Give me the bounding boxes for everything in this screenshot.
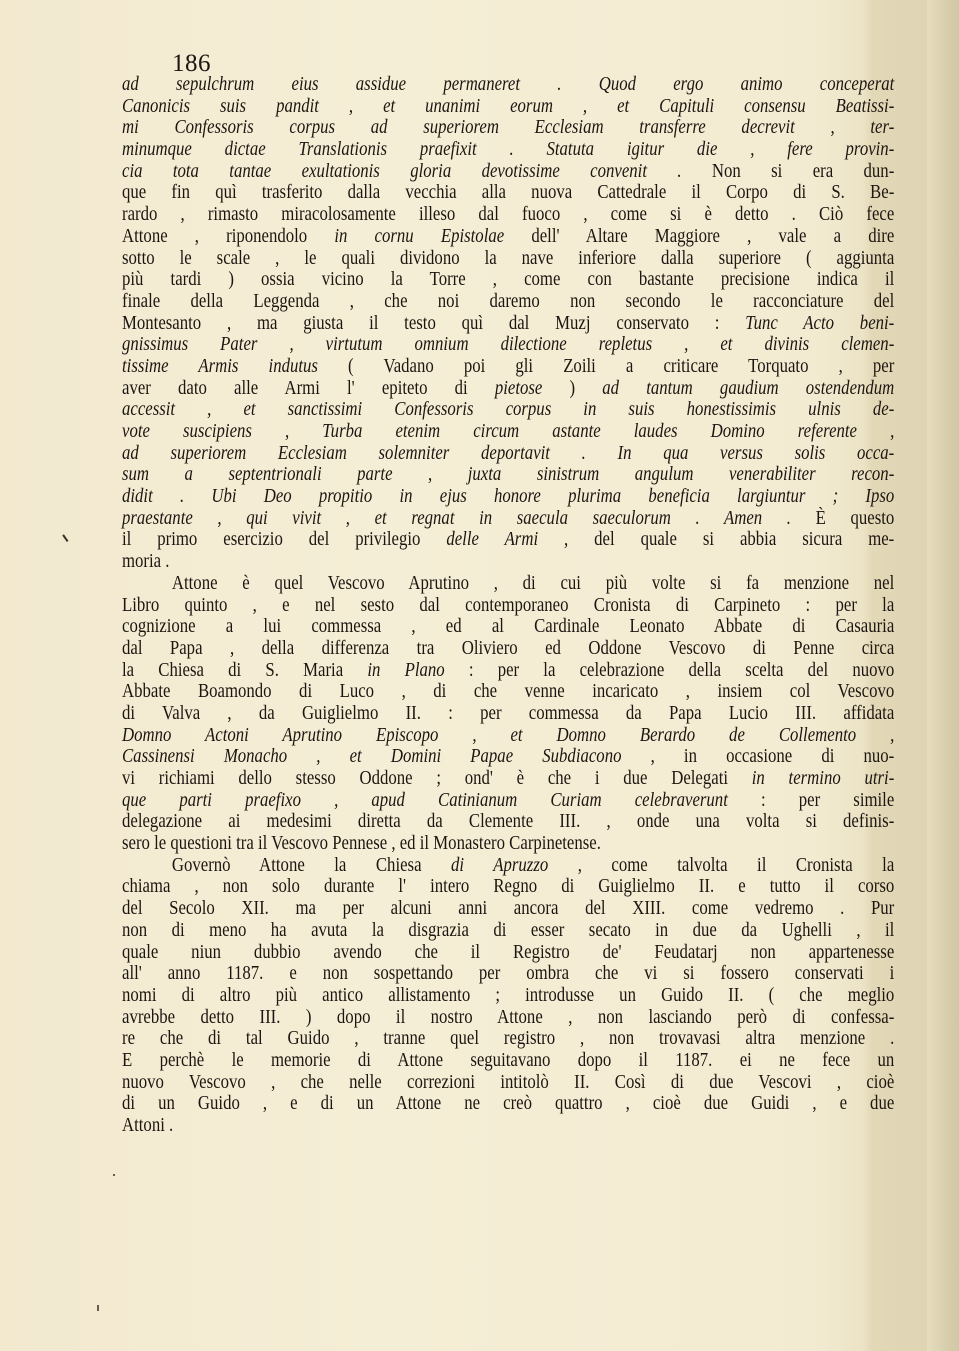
italic-latin-text: pietose	[495, 378, 543, 399]
italic-latin-text: accessit , et sanctissimi Confessoris co…	[122, 399, 894, 420]
roman-text: E perchè le memorie di Attone seguitavan…	[122, 1050, 894, 1071]
italic-latin-text: delle Armi	[446, 529, 538, 550]
text-line: Attoni .	[122, 1115, 894, 1137]
text-line: que parti praefixo , apud Catinianum Cur…	[122, 790, 894, 812]
text-line: rardo , rimasto miracolosamente illeso d…	[122, 204, 894, 226]
italic-latin-text: que parti praefixo , apud Catinianum Cur…	[122, 790, 761, 811]
roman-text: Libro quinto , e nel sesto dal contempor…	[122, 595, 894, 616]
roman-text: dell' Altare Maggiore , vale a dire	[531, 226, 894, 247]
italic-latin-text: didit . Ubi Deo propitio in ejus honore …	[122, 486, 894, 507]
roman-text: finale della Leggenda , che noi daremo n…	[122, 291, 894, 312]
text-line: que fin quì trasferito dalla vecchia all…	[122, 182, 894, 204]
italic-latin-text: ad superiorem Ecclesiam solemniter depor…	[122, 443, 894, 464]
roman-text: )	[542, 378, 602, 399]
italic-latin-text: praestante , qui vivit , et regnat in sa…	[122, 508, 816, 529]
roman-text: dal Papa , della differenza tra Oliviero…	[122, 638, 894, 659]
italic-latin-text: tissime Armis indutus	[122, 356, 348, 377]
text-line: ad superiorem Ecclesiam solemniter depor…	[122, 443, 894, 465]
paragraph-start-line: Governò Attone la Chiesa di Apruzzo , co…	[122, 855, 894, 877]
roman-text: non di meno ha avuta la disgrazia di ess…	[122, 920, 894, 941]
text-line: minumque dictae Translationis praefixit …	[122, 139, 894, 161]
text-line: Libro quinto , e nel sesto dal contempor…	[122, 595, 894, 617]
text-line: ad sepulchrum eius assidue permaneret . …	[122, 74, 894, 96]
roman-text: re che di tal Guido , tranne quel regist…	[122, 1028, 894, 1049]
roman-text: all' anno 1187. e non sospettando per om…	[122, 963, 894, 984]
text-line: sum a septentrionali parte , juxta sinis…	[122, 464, 894, 486]
text-line: praestante , qui vivit , et regnat in sa…	[122, 508, 894, 530]
roman-text: rardo , rimasto miracolosamente illeso d…	[122, 204, 894, 225]
text-line: vote suscipiens , Turba etenim circum as…	[122, 421, 894, 443]
text-line: all' anno 1187. e non sospettando per om…	[122, 963, 894, 985]
text-line: più tardi ) ossia vicino la Torre , come…	[122, 269, 894, 291]
text-line: moria .	[122, 551, 894, 573]
text-line: gnissimus Pater , virtutum omnium dilect…	[122, 334, 894, 356]
roman-text: del Secolo XII. ma per alcuni anni ancor…	[122, 898, 894, 919]
text-line: chiama , non solo durante l' intero Regn…	[122, 876, 894, 898]
text-line: sero le questioni tra il Vescovo Pennese…	[122, 833, 894, 855]
roman-text: il primo esercizio del privilegio	[122, 529, 446, 550]
roman-text: , come talvolta il Cronista la	[548, 855, 894, 876]
text-line: delegazione ai medesimi diretta da Cleme…	[122, 811, 894, 833]
roman-text: , in occasione di nuo-	[621, 746, 894, 767]
text-line: accessit , et sanctissimi Confessoris co…	[122, 399, 894, 421]
italic-latin-text: gnissimus Pater , virtutum omnium dilect…	[122, 334, 894, 355]
roman-text: nuovo Vescovo , che nelle correzioni int…	[122, 1072, 894, 1093]
roman-text: sotto le scale , le quali dividono la na…	[122, 248, 894, 269]
text-line: tissime Armis indutus ( Vadano poi gli Z…	[122, 356, 894, 378]
roman-text: que fin quì trasferito dalla vecchia all…	[122, 182, 894, 203]
roman-text: sero le questioni tra il Vescovo Pennese…	[122, 833, 601, 854]
italic-latin-text: in termino utri-	[752, 768, 895, 789]
text-line: Montesanto , ma giusta il testo quì dal …	[122, 313, 894, 335]
roman-text: : per la celebrazione della scelta del n…	[445, 660, 895, 681]
roman-text: più tardi ) ossia vicino la Torre , come…	[122, 269, 894, 290]
paragraph-start-line: Attone è quel Vescovo Aprutino , di cui …	[122, 573, 894, 595]
text-line: mi Confessoris corpus ad superiorem Eccl…	[122, 117, 894, 139]
book-page: 186 ad sepulchrum eius assidue permanere…	[0, 0, 959, 1351]
roman-text: Non si era dun-	[712, 161, 894, 182]
italic-latin-text: in Plano	[367, 660, 444, 681]
text-line: avrebbe detto III. ) dopo il nostro Atto…	[122, 1007, 894, 1029]
text-line: Attone , riponendolo in cornu Epistolae …	[122, 226, 894, 248]
roman-text: delegazione ai medesimi diretta da Cleme…	[122, 811, 894, 832]
italic-latin-text: sum a septentrionali parte , juxta sinis…	[122, 464, 894, 485]
text-line: di un Guido , e di un Attone ne creò qua…	[122, 1093, 894, 1115]
roman-text: avrebbe detto III. ) dopo il nostro Atto…	[122, 1007, 894, 1028]
roman-text: Abbate Boamondo di Luco , di che venne i…	[122, 681, 894, 702]
roman-text: Montesanto , ma giusta il testo quì dal …	[122, 313, 745, 334]
italic-latin-text: in cornu Epistolae	[334, 226, 531, 247]
roman-text: È questo	[816, 508, 895, 529]
page-gutter-shadow	[927, 0, 959, 1351]
text-line: cia tota tantae exultationis gloria devo…	[122, 161, 894, 183]
italic-latin-text: Tunc Acto beni-	[745, 313, 894, 334]
italic-latin-text: vote suscipiens , Turba etenim circum as…	[122, 421, 894, 442]
text-line: il primo esercizio del privilegio delle …	[122, 529, 894, 551]
text-line: finale della Leggenda , che noi daremo n…	[122, 291, 894, 313]
text-line: cognizione a lui commessa , ed al Cardin…	[122, 616, 894, 638]
text-line: quale niun dubbio avendo che il Registro…	[122, 942, 894, 964]
italic-latin-text: Cassinensi Monacho , et Domini Papae Sub…	[122, 746, 621, 767]
roman-text: nomi di altro più antico allistamento ; …	[122, 985, 894, 1006]
roman-text: di un Guido , e di un Attone ne creò qua…	[122, 1093, 894, 1114]
roman-text: vi richiami dello stesso Oddone ; ond' è…	[122, 768, 752, 789]
italic-latin-text: ad tantum gaudium ostendendum	[602, 378, 894, 399]
text-line: la Chiesa di S. Maria in Plano : per la …	[122, 660, 894, 682]
roman-text: moria .	[122, 551, 170, 572]
margin-speck	[97, 1305, 99, 1311]
roman-text: chiama , non solo durante l' intero Regn…	[122, 876, 894, 897]
text-line: Domno Actoni Aprutino Episcopo , et Domn…	[122, 725, 894, 747]
margin-speck	[113, 1174, 115, 1176]
margin-mark	[62, 532, 72, 542]
text-line: Cassinensi Monacho , et Domini Papae Sub…	[122, 746, 894, 768]
text-line: del Secolo XII. ma per alcuni anni ancor…	[122, 898, 894, 920]
italic-latin-text: mi Confessoris corpus ad superiorem Eccl…	[122, 117, 894, 138]
italic-latin-text: Canonicis suis pandit , et unanimi eorum…	[122, 96, 894, 117]
text-line: sotto le scale , le quali dividono la na…	[122, 248, 894, 270]
text-line: Abbate Boamondo di Luco , di che venne i…	[122, 681, 894, 703]
text-line: E perchè le memorie di Attone seguitavan…	[122, 1050, 894, 1072]
text-line: didit . Ubi Deo propitio in ejus honore …	[122, 486, 894, 508]
roman-text: Attoni .	[122, 1115, 173, 1136]
text-line: nomi di altro più antico allistamento ; …	[122, 985, 894, 1007]
text-line: non di meno ha avuta la disgrazia di ess…	[122, 920, 894, 942]
text-line: aver dato alle Armi l' epiteto di pietos…	[122, 378, 894, 400]
text-line: dal Papa , della differenza tra Oliviero…	[122, 638, 894, 660]
text-line: re che di tal Guido , tranne quel regist…	[122, 1028, 894, 1050]
italic-latin-text: cia tota tantae exultationis gloria devo…	[122, 161, 712, 182]
roman-text: ( Vadano poi gli Zoili a criticare Torqu…	[348, 356, 894, 377]
roman-text: : per simile	[761, 790, 894, 811]
text-line: nuovo Vescovo , che nelle correzioni int…	[122, 1072, 894, 1094]
roman-text: cognizione a lui commessa , ed al Cardin…	[122, 616, 894, 637]
roman-text: aver dato alle Armi l' epiteto di	[122, 378, 495, 399]
roman-text: Governò Attone la Chiesa	[172, 855, 451, 876]
italic-latin-text: ad sepulchrum eius assidue permaneret . …	[122, 74, 894, 95]
italic-latin-text: minumque dictae Translationis praefixit …	[122, 139, 894, 160]
roman-text: Attone , riponendolo	[122, 226, 334, 247]
text-line: vi richiami dello stesso Oddone ; ond' è…	[122, 768, 894, 790]
roman-text: quale niun dubbio avendo che il Registro…	[122, 942, 894, 963]
body-text: ad sepulchrum eius assidue permaneret . …	[122, 74, 894, 1137]
italic-latin-text: Domno Actoni Aprutino Episcopo , et Domn…	[122, 725, 894, 746]
roman-text: Attone è quel Vescovo Aprutino , di cui …	[172, 573, 894, 594]
text-line: Canonicis suis pandit , et unanimi eorum…	[122, 96, 894, 118]
roman-text: la Chiesa di S. Maria	[122, 660, 367, 681]
roman-text: , del quale si abbia sicura me-	[538, 529, 894, 550]
text-line: di Valva , da Guiglielmo II. : per comme…	[122, 703, 894, 725]
italic-latin-text: di Apruzzo	[451, 855, 548, 876]
roman-text: di Valva , da Guiglielmo II. : per comme…	[122, 703, 894, 724]
